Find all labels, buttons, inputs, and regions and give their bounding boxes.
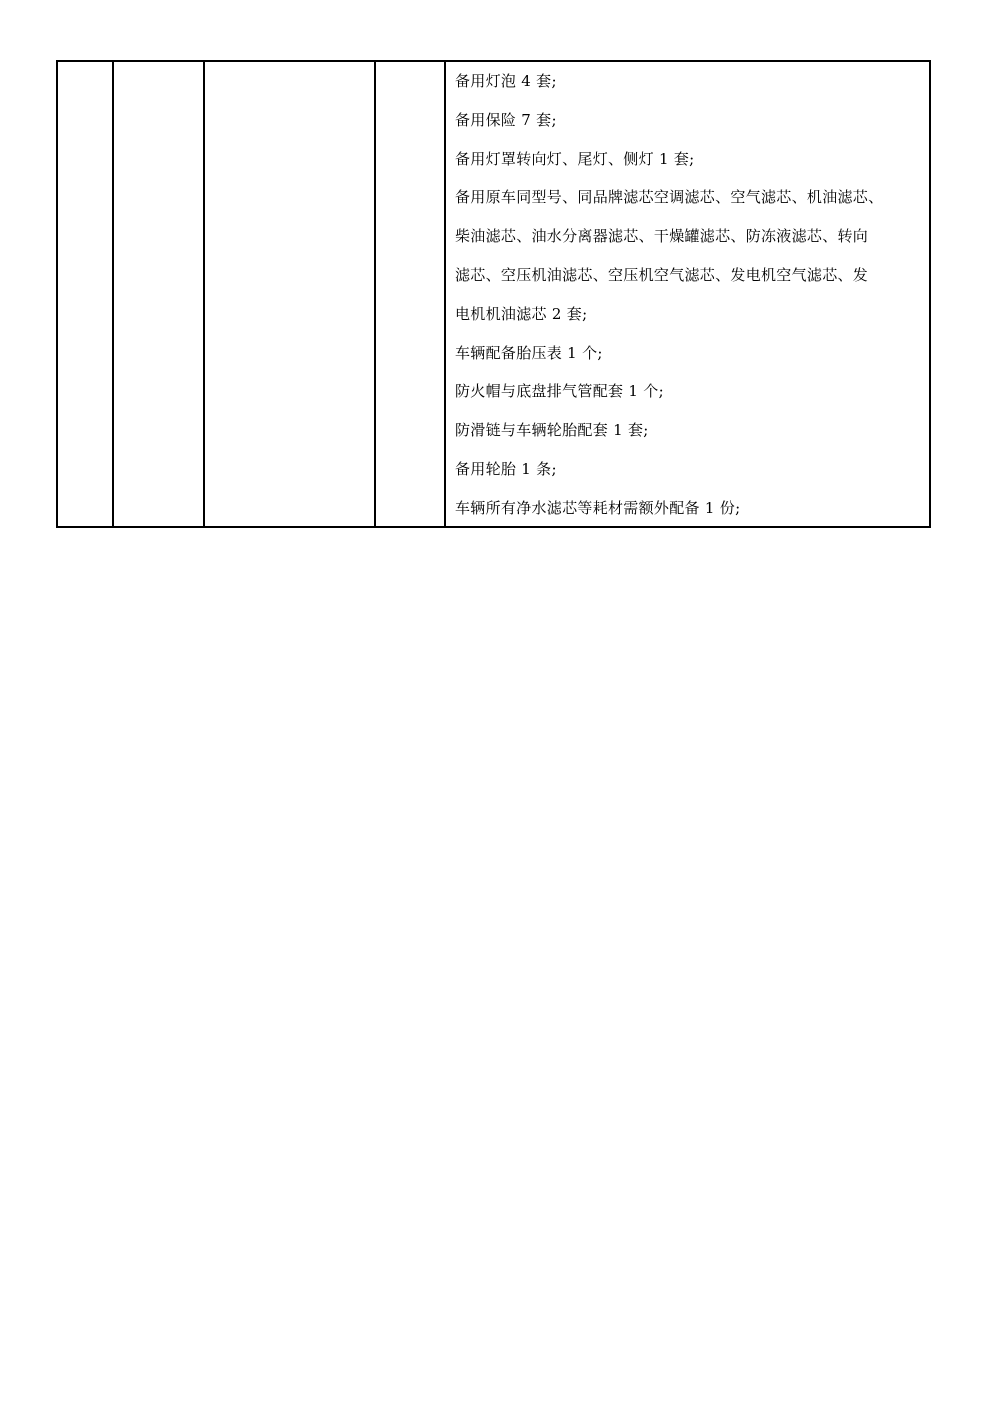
table-cell-name [113, 61, 204, 527]
accessory-line: 备用保险 7 套; [455, 101, 923, 140]
accessory-line: 滤芯、空压机油滤芯、空压机空气滤芯、发电机空气滤芯、发 [455, 256, 923, 295]
accessory-line: 备用轮胎 1 条; [455, 450, 923, 489]
table-row: 备用灯泡 4 套; 备用保险 7 套; 备用灯罩转向灯、尾灯、侧灯 1 套; 备… [57, 61, 930, 527]
table-cell-spec [204, 61, 375, 527]
accessory-line: 电机机油滤芯 2 套; [455, 295, 923, 334]
accessory-line: 备用灯泡 4 套; [455, 62, 923, 101]
accessory-line: 备用灯罩转向灯、尾灯、侧灯 1 套; [455, 140, 923, 179]
spec-table: 备用灯泡 4 套; 备用保险 7 套; 备用灯罩转向灯、尾灯、侧灯 1 套; 备… [56, 60, 931, 528]
accessory-line: 备用原车同型号、同品牌滤芯空调滤芯、空气滤芯、机油滤芯、 [455, 178, 923, 217]
table-cell-quantity [375, 61, 445, 527]
table-cell-index [57, 61, 113, 527]
accessory-line: 车辆所有净水滤芯等耗材需额外配备 1 份; [455, 489, 923, 528]
accessory-list: 备用灯泡 4 套; 备用保险 7 套; 备用灯罩转向灯、尾灯、侧灯 1 套; 备… [446, 62, 929, 526]
accessory-line: 防火帽与底盘排气管配套 1 个; [455, 372, 923, 411]
accessory-line: 柴油滤芯、油水分离器滤芯、干燥罐滤芯、防冻液滤芯、转向 [455, 217, 923, 256]
table-cell-accessories: 备用灯泡 4 套; 备用保险 7 套; 备用灯罩转向灯、尾灯、侧灯 1 套; 备… [445, 61, 930, 527]
accessory-line: 车辆配备胎压表 1 个; [455, 334, 923, 373]
accessory-line: 防滑链与车辆轮胎配套 1 套; [455, 411, 923, 450]
